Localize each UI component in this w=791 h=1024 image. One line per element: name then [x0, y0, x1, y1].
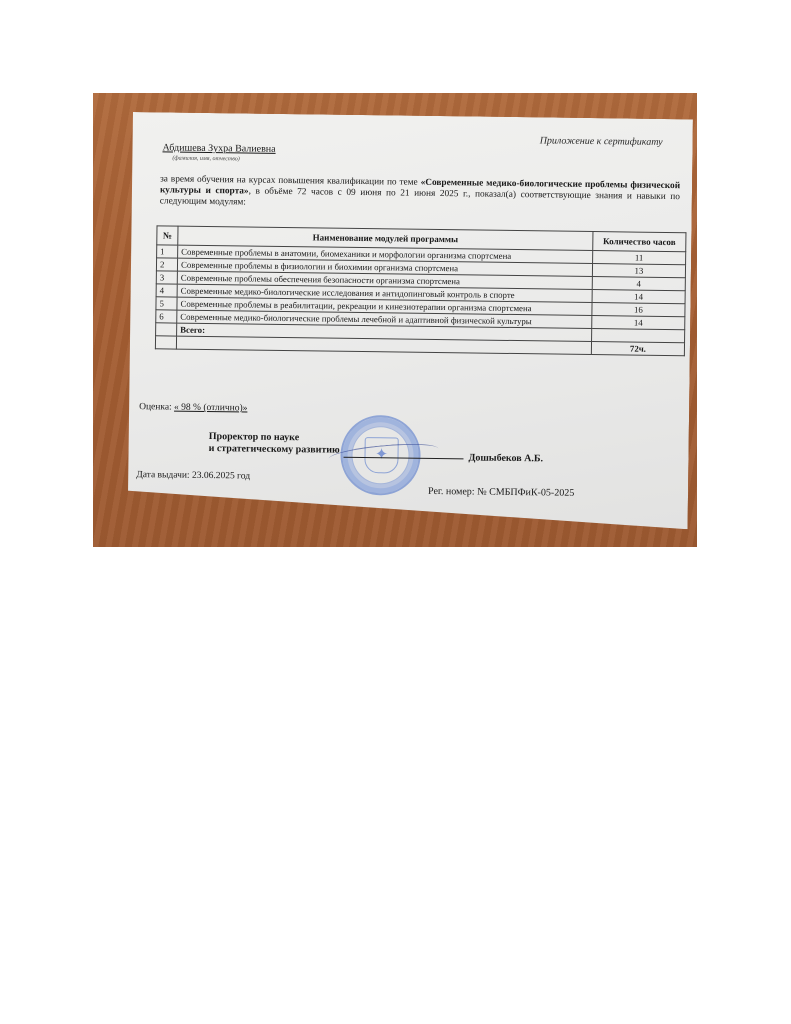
signer-name: Дошыбеков А.Б.: [468, 452, 543, 464]
signer-title: Проректор по науке и стратегическому раз…: [209, 431, 340, 457]
module-number: 2: [156, 258, 177, 271]
certificate-appendix-sheet: Приложение к сертификату Абдишева Зухра …: [128, 112, 693, 529]
module-hours: 16: [592, 303, 685, 317]
header-num: №: [157, 226, 178, 245]
student-full-name: Абдишева Зухра Валиевна: [162, 142, 275, 154]
registration-number: Рег. номер: № СМБПФиК-05-2025: [428, 486, 574, 499]
header-hours: Количество часов: [593, 232, 686, 252]
module-hours: 13: [592, 264, 685, 278]
issue-date: Дата выдачи: 23.06.2025 год: [136, 470, 250, 481]
intro-paragraph: за время обучения на курсах повышения кв…: [160, 174, 680, 214]
full-name-caption: (фамилия, имя, отчество): [172, 156, 239, 163]
module-number: 1: [157, 245, 178, 258]
certificate-photo: Приложение к сертификату Абдишева Зухра …: [93, 93, 697, 547]
module-number: 5: [156, 297, 177, 310]
module-hours: 14: [592, 316, 685, 330]
total-empty-cell: [156, 323, 177, 336]
total-empty-hours: [592, 329, 685, 343]
module-hours: 11: [593, 251, 686, 265]
total-hours: 72ч.: [591, 342, 684, 356]
module-hours: 4: [592, 277, 685, 291]
grade: Оценка: « 98 % (отлично)»: [139, 402, 247, 413]
module-number: 6: [156, 310, 177, 323]
appendix-label: Приложение к сертификату: [540, 135, 663, 148]
grade-label: Оценка:: [139, 402, 174, 412]
modules-table: № Наименование модулей программы Количес…: [155, 225, 687, 356]
module-number: 4: [156, 284, 177, 297]
module-number: 3: [156, 271, 177, 284]
module-hours: 14: [592, 290, 685, 304]
signer-title-line2: и стратегическому развитию: [209, 443, 340, 457]
total-empty-cell-2: [155, 336, 176, 349]
grade-value: « 98 % (отлично)»: [174, 403, 247, 414]
